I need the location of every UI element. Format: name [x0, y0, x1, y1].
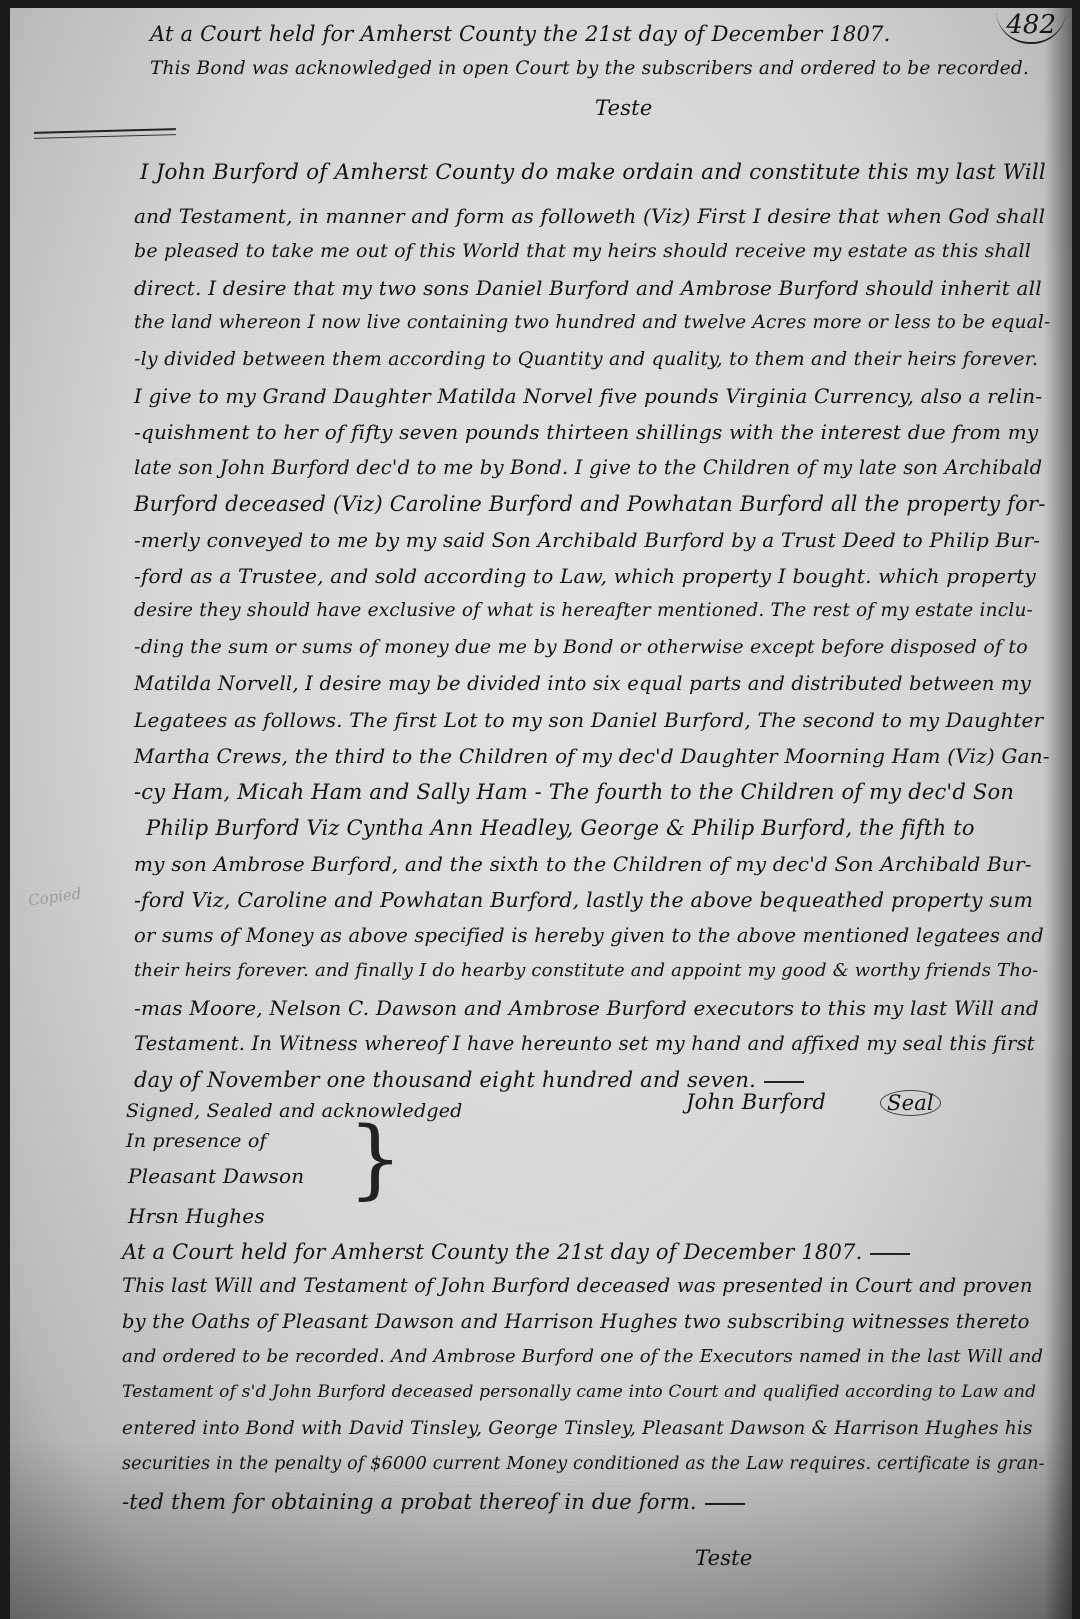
will-line: -quishment to her of fifty seven pounds … [134, 420, 1038, 444]
will-line: their heirs forever. and finally I do he… [134, 960, 1038, 981]
will-line: or sums of Money as above specified is h… [134, 924, 1044, 947]
will-line: -ford Viz, Caroline and Powhatan Burford… [134, 888, 1033, 912]
will-line: Philip Burford Viz Cyntha Ann Headley, G… [146, 816, 975, 840]
seal-mark: Seal [880, 1090, 941, 1116]
probate-line: At a Court held for Amherst County the 2… [122, 1240, 910, 1264]
witness-brace: } [348, 1116, 403, 1202]
will-line: -merly conveyed to me by my said Son Arc… [134, 528, 1040, 552]
page-number: 482 [996, 10, 1066, 44]
will-line: and Testament, in manner and form as fol… [134, 204, 1045, 228]
in-presence-line: In presence of [126, 1130, 267, 1152]
will-line: late son John Burford dec'd to me by Bon… [134, 456, 1042, 479]
divider-rule [34, 128, 176, 139]
will-line: my son Ambrose Burford, and the sixth to… [134, 852, 1032, 876]
will-line: Legatees as follows. The first Lot to my… [134, 708, 1043, 732]
probate-line: Testament of s'd John Burford deceased p… [122, 1382, 1036, 1402]
will-line: -ford as a Trustee, and sold according t… [134, 564, 1036, 588]
will-line: Burford deceased (Viz) Caroline Burford … [134, 492, 1046, 516]
will-line: Matilda Norvell, I desire may be divided… [134, 672, 1031, 695]
probate-line: This last Will and Testament of John Bur… [122, 1274, 1033, 1297]
scan-shadow [10, 1439, 1072, 1619]
document-page: 482 At a Court held for Amherst County t… [10, 8, 1072, 1619]
will-line: -cy Ham, Micah Ham and Sally Ham - The f… [134, 780, 1014, 804]
probate-line: entered into Bond with David Tinsley, Ge… [122, 1418, 1033, 1439]
will-line: be pleased to take me out of this World … [134, 240, 1031, 262]
probate-line: by the Oaths of Pleasant Dawson and Harr… [122, 1310, 1030, 1333]
signed-sealed-line: Signed, Sealed and acknowledged [126, 1100, 463, 1122]
will-closing-text: day of November one thousand eight hundr… [134, 1068, 756, 1092]
bond-acknowledged-line: This Bond was acknowledged in open Court… [150, 58, 1029, 79]
court-header-line: At a Court held for Amherst County the 2… [150, 22, 890, 46]
margin-note-copied: Copied [27, 884, 82, 909]
will-line: the land whereon I now live containing t… [134, 312, 1050, 333]
will-line: I John Burford of Amherst County do make… [140, 160, 1046, 185]
will-line: -ding the sum or sums of money due me by… [134, 636, 1028, 658]
teste-header: Teste [595, 96, 652, 120]
will-line: day of November one thousand eight hundr… [134, 1068, 804, 1092]
closing-dash [764, 1081, 804, 1083]
will-line: Testament. In Witness whereof I have her… [134, 1032, 1035, 1055]
header-dash [870, 1253, 910, 1255]
probate-line: and ordered to be recorded. And Ambrose … [122, 1346, 1043, 1367]
will-line: -mas Moore, Nelson C. Dawson and Ambrose… [134, 996, 1039, 1020]
will-line: desire they should have exclusive of wha… [134, 600, 1033, 621]
probate-court-header: At a Court held for Amherst County the 2… [122, 1240, 862, 1264]
will-line: direct. I desire that my two sons Daniel… [134, 276, 1042, 300]
will-line: -ly divided between them according to Qu… [134, 348, 1038, 370]
will-line: Martha Crews, the third to the Children … [134, 744, 1050, 768]
witness-name: Hrsn Hughes [128, 1204, 265, 1228]
witness-name: Pleasant Dawson [128, 1164, 304, 1188]
testator-signature: John Burford [686, 1090, 826, 1114]
will-line: I give to my Grand Daughter Matilda Norv… [134, 384, 1042, 408]
